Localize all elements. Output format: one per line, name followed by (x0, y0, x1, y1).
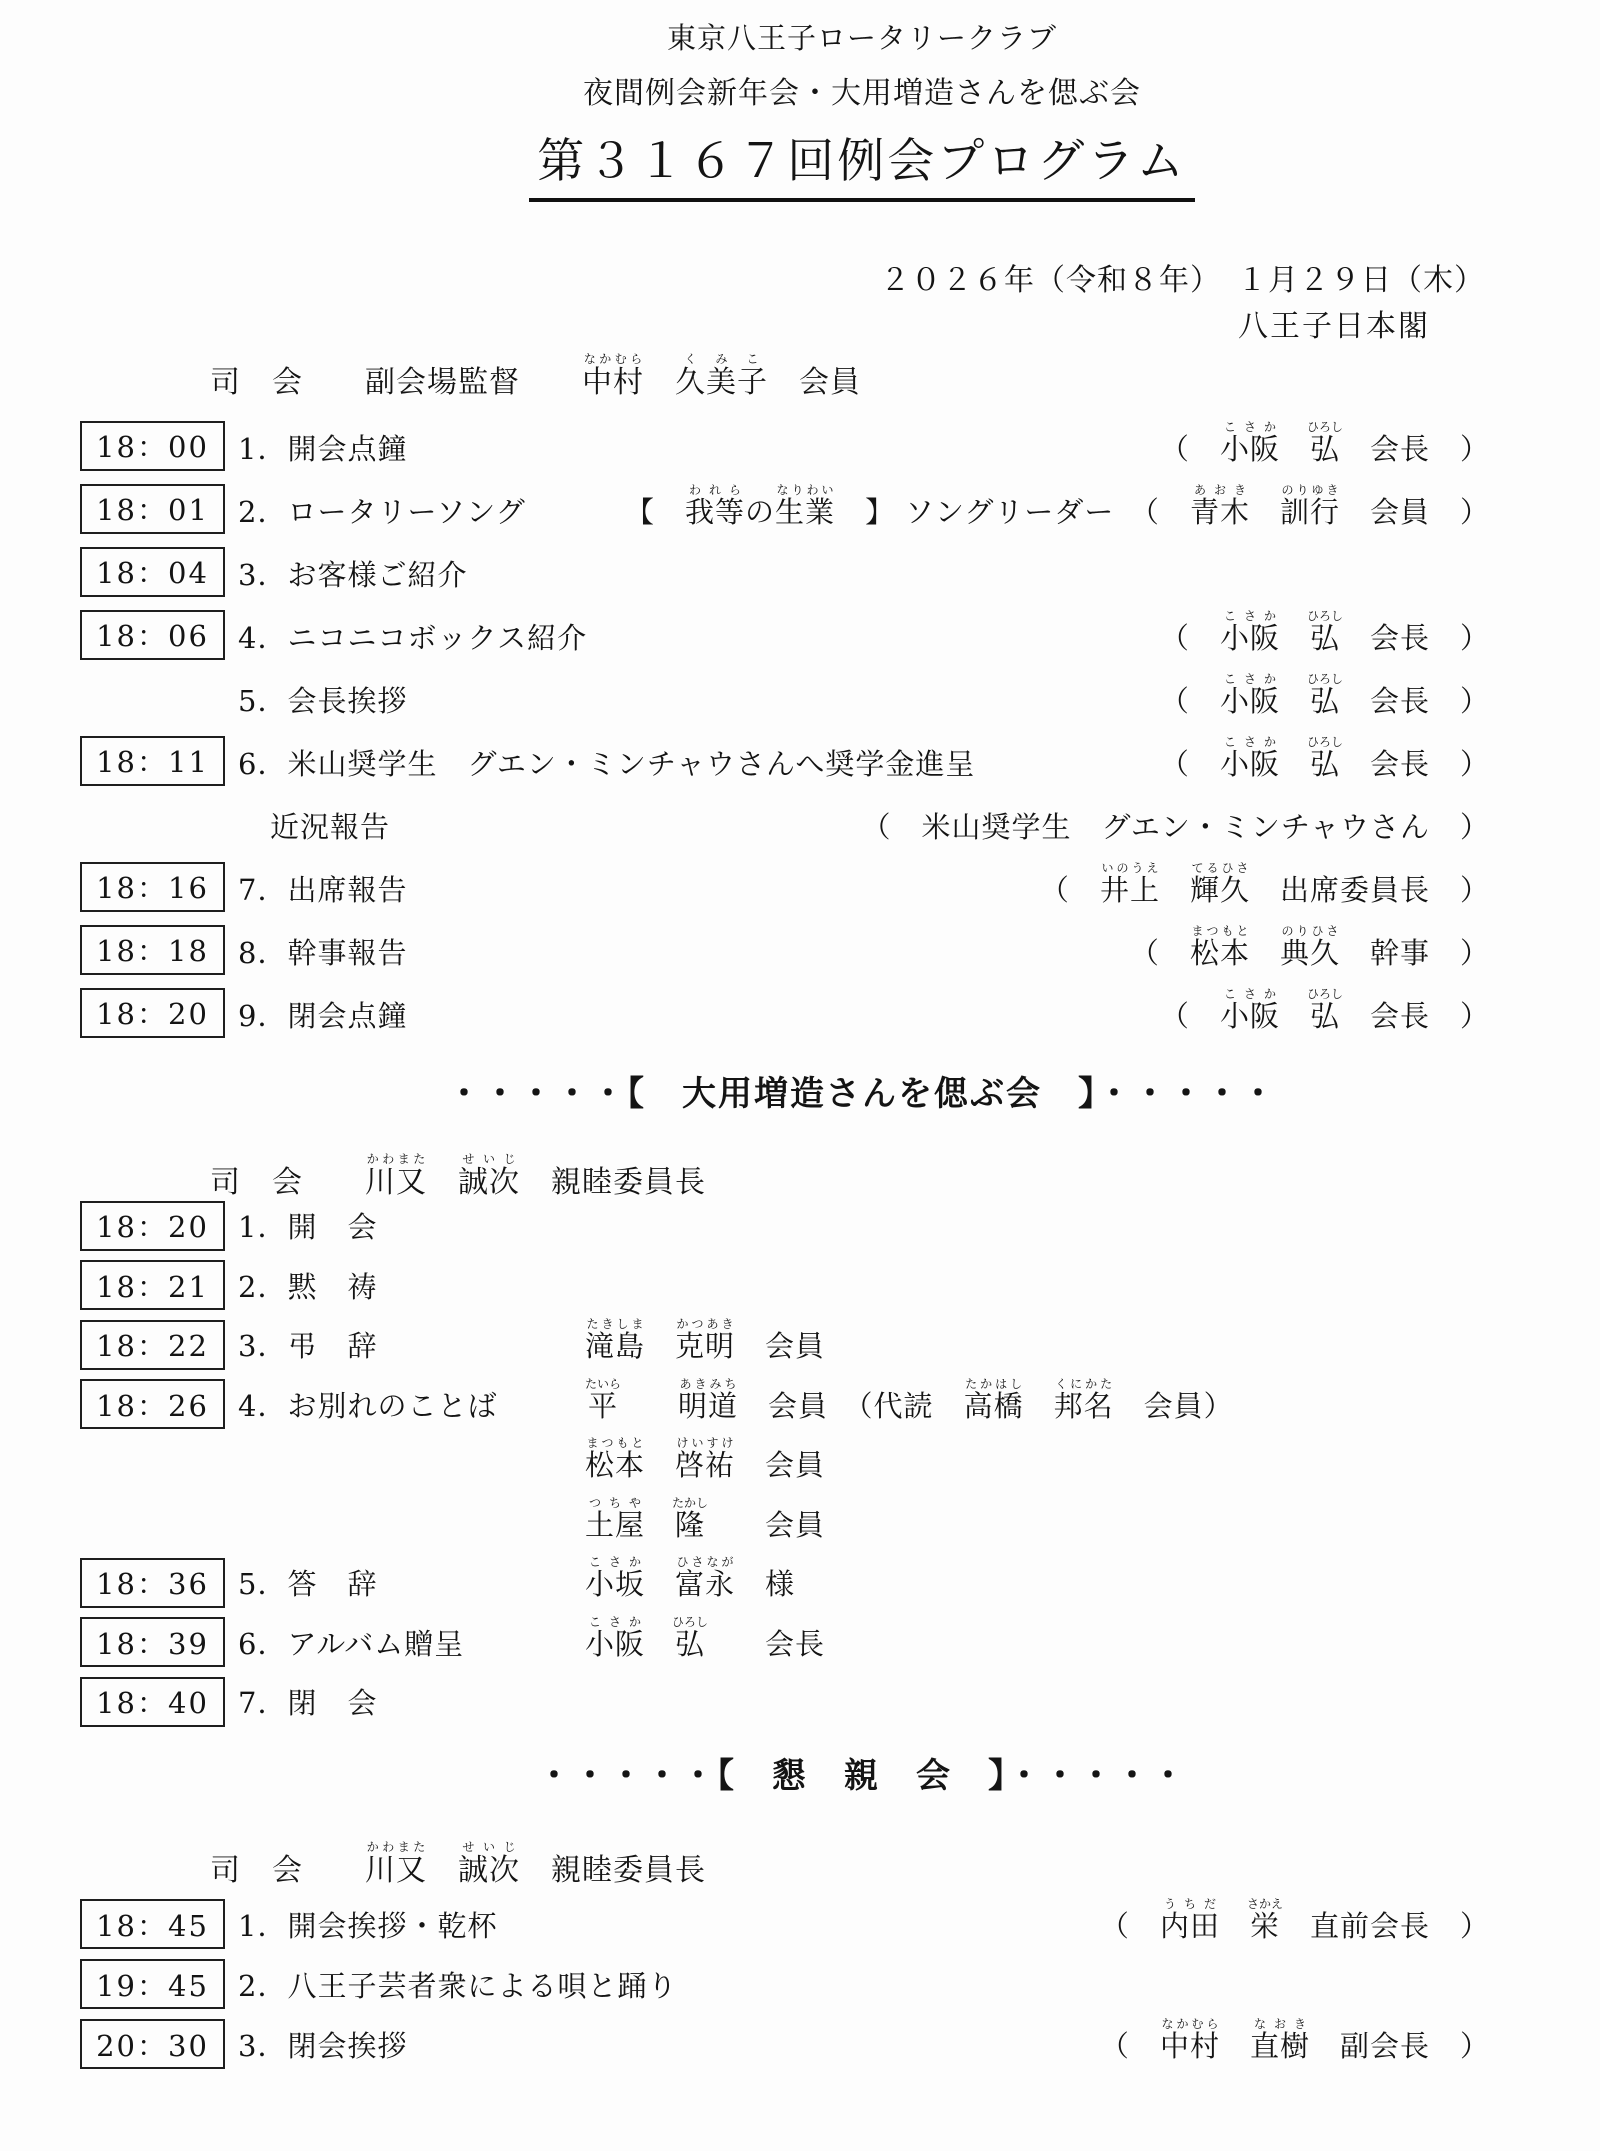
time-label: 18：21 (96, 1265, 209, 1306)
agenda-item-label: 7．出席報告 (238, 875, 407, 905)
responsible-person: （ 中村なかむら 直樹なおき 副会長 ） (1100, 2017, 1490, 2061)
agenda-item-label: 3．お客様ご紹介 (238, 560, 467, 590)
agenda-item-label: 1．開 会 (238, 1212, 377, 1242)
time-label: 18：11 (96, 740, 209, 781)
assignee-name: 小阪こさか 弘ひろし 会長 (585, 1615, 825, 1659)
rows-regular-meeting: 18：001．開会点鐘（ 小阪こさか 弘ひろし 会長 ）18：012．ロータリー… (0, 414, 1600, 1044)
time-label: 18：26 (96, 1384, 209, 1425)
time-box: 18：16 (80, 862, 225, 912)
time-label: 18：36 (96, 1562, 209, 1603)
program-row: 土屋つちや 隆たかし 会員 (0, 1494, 1600, 1554)
meeting-date: ２０２６年（令和８年） １月２９日（木） (880, 255, 1485, 299)
time-label: 18：45 (96, 1904, 209, 1945)
assignee-name: 土屋つちや 隆たかし 会員 (585, 1496, 825, 1540)
assignee-name: 【 我等われらの生業なりわい 】 (625, 483, 895, 527)
time-label: 18：22 (96, 1324, 209, 1365)
agenda-item-label: 1．開会挨拶・乾杯 (238, 1911, 497, 1941)
mc-line-memorial: 司 会 川又かわまた 誠次せいじ 親睦委員長 (210, 1152, 706, 1201)
agenda-item-label: 2．八王子芸者衆による唄と踊り (238, 1971, 677, 2001)
assignee-name: 滝島たきしま 克明かつあき 会員 (585, 1317, 825, 1361)
agenda-item-label: 9．閉会点鐘 (238, 1001, 407, 1031)
responsible-person: （ 小阪こさか 弘ひろし 会長 ） (1160, 735, 1490, 779)
event-name: 夜間例会新年会・大用増造さんを偲ぶ会 (124, 68, 1600, 112)
time-box: 18：36 (80, 1558, 225, 1608)
responsible-person: （ 松本まつもと 典久のりひさ 幹事 ） (1130, 924, 1490, 968)
time-box: 18：18 (80, 925, 225, 975)
responsible-person: （ 小阪こさか 弘ひろし 会長 ） (1160, 420, 1490, 464)
responsible-person: （ 内田うちだ 栄さかえ 直前会長 ） (1100, 1897, 1490, 1941)
title-line: 第３１６７回例会プログラム (124, 124, 1600, 202)
responsible-person: （ 小阪こさか 弘ひろし 会長 ） (1160, 609, 1490, 653)
program-row: 20：303．閉会挨拶（ 中村なかむら 直樹なおき 副会長 ） (0, 2014, 1600, 2074)
program-row: 18：396．アルバム贈呈小阪こさか 弘ひろし 会長 (0, 1613, 1600, 1673)
time-label: 20：30 (96, 2024, 209, 2065)
responsible-person: （ 小阪こさか 弘ひろし 会長 ） (1160, 672, 1490, 716)
mc-line-regular-meeting: 司 会 副会場監督 中村なかむら 久美子くみこ 会員 (210, 352, 861, 401)
time-label: 18：01 (96, 488, 209, 529)
time-box: 18：20 (80, 1201, 225, 1251)
program-row: 18：064．ニコニコボックス紹介（ 小阪こさか 弘ひろし 会長 ） (0, 603, 1600, 666)
program-row: 18：167．出席報告（ 井上いのうえ 輝久てるひさ 出席委員長 ） (0, 855, 1600, 918)
program-row: 18：116．米山奨学生 グエン・ミンチャウさんへ奨学金進呈（ 小阪こさか 弘ひ… (0, 729, 1600, 792)
assignee-name: 小坂こさか 富永ひさなが 様 (585, 1555, 795, 1599)
time-label: 18：04 (96, 551, 209, 592)
program-row: 18：043．お客様ご紹介 (0, 540, 1600, 603)
program-row: 18：264．お別れのことば平たいら 明道あきみち 会員 （代読 高橋たかはし … (0, 1375, 1600, 1435)
program-row: 18：209．閉会点鐘（ 小阪こさか 弘ひろし 会長 ） (0, 981, 1600, 1044)
time-box: 18：11 (80, 736, 225, 786)
agenda-item-label: 1．開会点鐘 (238, 434, 407, 464)
time-label: 18：39 (96, 1622, 209, 1663)
time-box: 18：01 (80, 484, 225, 534)
program-row: 18：451．開会挨拶・乾杯（ 内田うちだ 栄さかえ 直前会長 ） (0, 1894, 1600, 1954)
time-label: 18：16 (96, 866, 209, 907)
agenda-item-label: 近況報告 (270, 812, 390, 842)
time-label: 18：20 (96, 1205, 209, 1246)
program-row: 松本まつもと 啓祐けいすけ 会員 (0, 1434, 1600, 1494)
rows-memorial: 18：201．開 会18：212．黙 祷18：223．弔 辞滝島たきしま 克明か… (0, 1196, 1600, 1732)
time-label: 18：40 (96, 1681, 209, 1722)
agenda-item-label: 4．お別れのことば (238, 1391, 497, 1421)
program-row: 18：012．ロータリーソング【 我等われらの生業なりわい 】ソングリーダー （… (0, 477, 1600, 540)
agenda-item-label: 5．答 辞 (238, 1569, 377, 1599)
time-box: 18：20 (80, 988, 225, 1038)
time-box: 18：06 (80, 610, 225, 660)
time-label: 19：45 (96, 1964, 209, 2005)
doc-title: 第３１６７回例会プログラム (529, 124, 1195, 202)
agenda-item-label: 5．会長挨拶 (238, 686, 407, 716)
program-row: 18：407．閉 会 (0, 1672, 1600, 1732)
rows-banquet: 18：451．開会挨拶・乾杯（ 内田うちだ 栄さかえ 直前会長 ）19：452．… (0, 1894, 1600, 2074)
agenda-item-label: 8．幹事報告 (238, 938, 407, 968)
time-label: 18：00 (96, 425, 209, 466)
time-box: 19：45 (80, 1959, 225, 2009)
time-box: 18：21 (80, 1260, 225, 1310)
time-box: 18：40 (80, 1677, 225, 1727)
program-row: 18：223．弔 辞滝島たきしま 克明かつあき 会員 (0, 1315, 1600, 1375)
time-box: 18：22 (80, 1320, 225, 1370)
agenda-item-label: 3．閉会挨拶 (238, 2031, 407, 2061)
agenda-item-label: 2．ロータリーソング (238, 497, 526, 527)
assignee-name: 松本まつもと 啓祐けいすけ 会員 (585, 1436, 825, 1480)
program-row: 近況報告（ 米山奨学生 グエン・ミンチャウさん ） (0, 792, 1600, 855)
time-label: 18：18 (96, 929, 209, 970)
assignee-name: 平たいら 明道あきみち 会員 （代読 高橋たかはし 邦名くにかた 会員） (585, 1377, 1234, 1421)
time-box: 18：39 (80, 1617, 225, 1667)
program-page: 東京八王子ロータリークラブ 夜間例会新年会・大用増造さんを偲ぶ会 第３１６７回例… (0, 0, 1600, 2151)
mc-line-banquet: 司 会 川又かわまた 誠次せいじ 親睦委員長 (210, 1840, 706, 1889)
program-row: 18：212．黙 祷 (0, 1256, 1600, 1316)
responsible-person: （ 米山奨学生 グエン・ミンチャウさん ） (861, 812, 1490, 842)
program-row: 18：188．幹事報告（ 松本まつもと 典久のりひさ 幹事 ） (0, 918, 1600, 981)
responsible-person: ソングリーダー （ 青木あおき 訓行のりゆき 会員 ） (905, 483, 1490, 527)
section-heading-banquet: ・・・・・【 懇 親 会 】・・・・・ (124, 1748, 1600, 1797)
agenda-item-label: 6．アルバム贈呈 (238, 1629, 464, 1659)
agenda-item-label: 6．米山奨学生 グエン・ミンチャウさんへ奨学金進呈 (238, 749, 975, 779)
responsible-person: （ 小阪こさか 弘ひろし 会長 ） (1160, 987, 1490, 1031)
program-row: 18：001．開会点鐘（ 小阪こさか 弘ひろし 会長 ） (0, 414, 1600, 477)
program-row: 5．会長挨拶（ 小阪こさか 弘ひろし 会長 ） (0, 666, 1600, 729)
time-box: 20：30 (80, 2019, 225, 2069)
time-label: 18：20 (96, 992, 209, 1033)
agenda-item-label: 3．弔 辞 (238, 1331, 377, 1361)
time-box: 18：26 (80, 1379, 225, 1429)
time-label: 18：06 (96, 614, 209, 655)
responsible-person: （ 井上いのうえ 輝久てるひさ 出席委員長 ） (1040, 861, 1490, 905)
agenda-item-label: 2．黙 祷 (238, 1272, 377, 1302)
club-name: 東京八王子ロータリークラブ (124, 16, 1600, 57)
program-row: 19：452．八王子芸者衆による唄と踊り (0, 1954, 1600, 2014)
section-heading-memorial: ・・・・・【 大用増造さんを偲ぶ会 】・・・・・ (124, 1066, 1600, 1115)
agenda-item-label: 7．閉 会 (238, 1688, 377, 1718)
program-row: 18：201．開 会 (0, 1196, 1600, 1256)
time-box: 18：45 (80, 1899, 225, 1949)
time-box: 18：04 (80, 547, 225, 597)
agenda-item-label: 4．ニコニコボックス紹介 (238, 623, 587, 653)
venue-name: 八王子日本閣 (1238, 301, 1430, 345)
time-box: 18：00 (80, 421, 225, 471)
program-row: 18：365．答 辞小坂こさか 富永ひさなが 様 (0, 1553, 1600, 1613)
